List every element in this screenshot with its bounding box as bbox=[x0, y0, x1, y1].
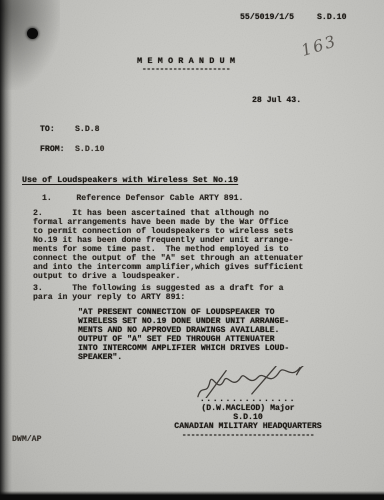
to-value: S.D.8 bbox=[75, 125, 100, 134]
from-label: FROM: bbox=[40, 145, 65, 154]
quote-block: "AT PRESENT CONNECTION OF LOUDSPEAKER TO… bbox=[78, 308, 289, 362]
memo-title-underline: -------------------- bbox=[111, 65, 261, 74]
typist-initials: DWM/AP bbox=[12, 435, 41, 444]
signatory-name: (D.W.MACLEOD) Major bbox=[166, 404, 330, 413]
signature-scrawl-icon bbox=[193, 366, 308, 398]
punch-hole bbox=[27, 28, 38, 39]
signature-dotted-line: ............... bbox=[166, 395, 330, 404]
signatory-unit: S.D.10 bbox=[166, 413, 330, 422]
dept-code: S.D.10 bbox=[317, 13, 346, 22]
subject-heading: Use of Loudspeakers with Wireless Set No… bbox=[22, 176, 238, 185]
scan-edge-bottom bbox=[0, 491, 384, 500]
ref-number: 55/5019/1/5 bbox=[240, 13, 294, 22]
signature-dashed-line: ------------------------------ bbox=[166, 431, 330, 440]
signature-block: ............... (D.W.MACLEOD) Major S.D.… bbox=[166, 395, 330, 440]
signatory-org: CANADIAN MILITARY HEADQUARTERS bbox=[166, 422, 330, 431]
memo-date: 28 Jul 43. bbox=[252, 96, 301, 105]
paragraph-3: 3. The following is suggested as a draft… bbox=[33, 284, 284, 302]
scan-edge-left bbox=[0, 0, 12, 500]
page-number-handwritten: 163 bbox=[299, 33, 339, 59]
from-value: S.D.10 bbox=[75, 145, 104, 154]
to-label: TO: bbox=[40, 125, 55, 134]
paragraph-2: 2. It has been ascertained that although… bbox=[33, 209, 303, 281]
paragraph-1: 1. Reference Defensor Cable ARTY 891. bbox=[42, 194, 243, 203]
memo-page: 55/5019/1/5 S.D.10 163 M E M O R A N D U… bbox=[0, 0, 384, 500]
